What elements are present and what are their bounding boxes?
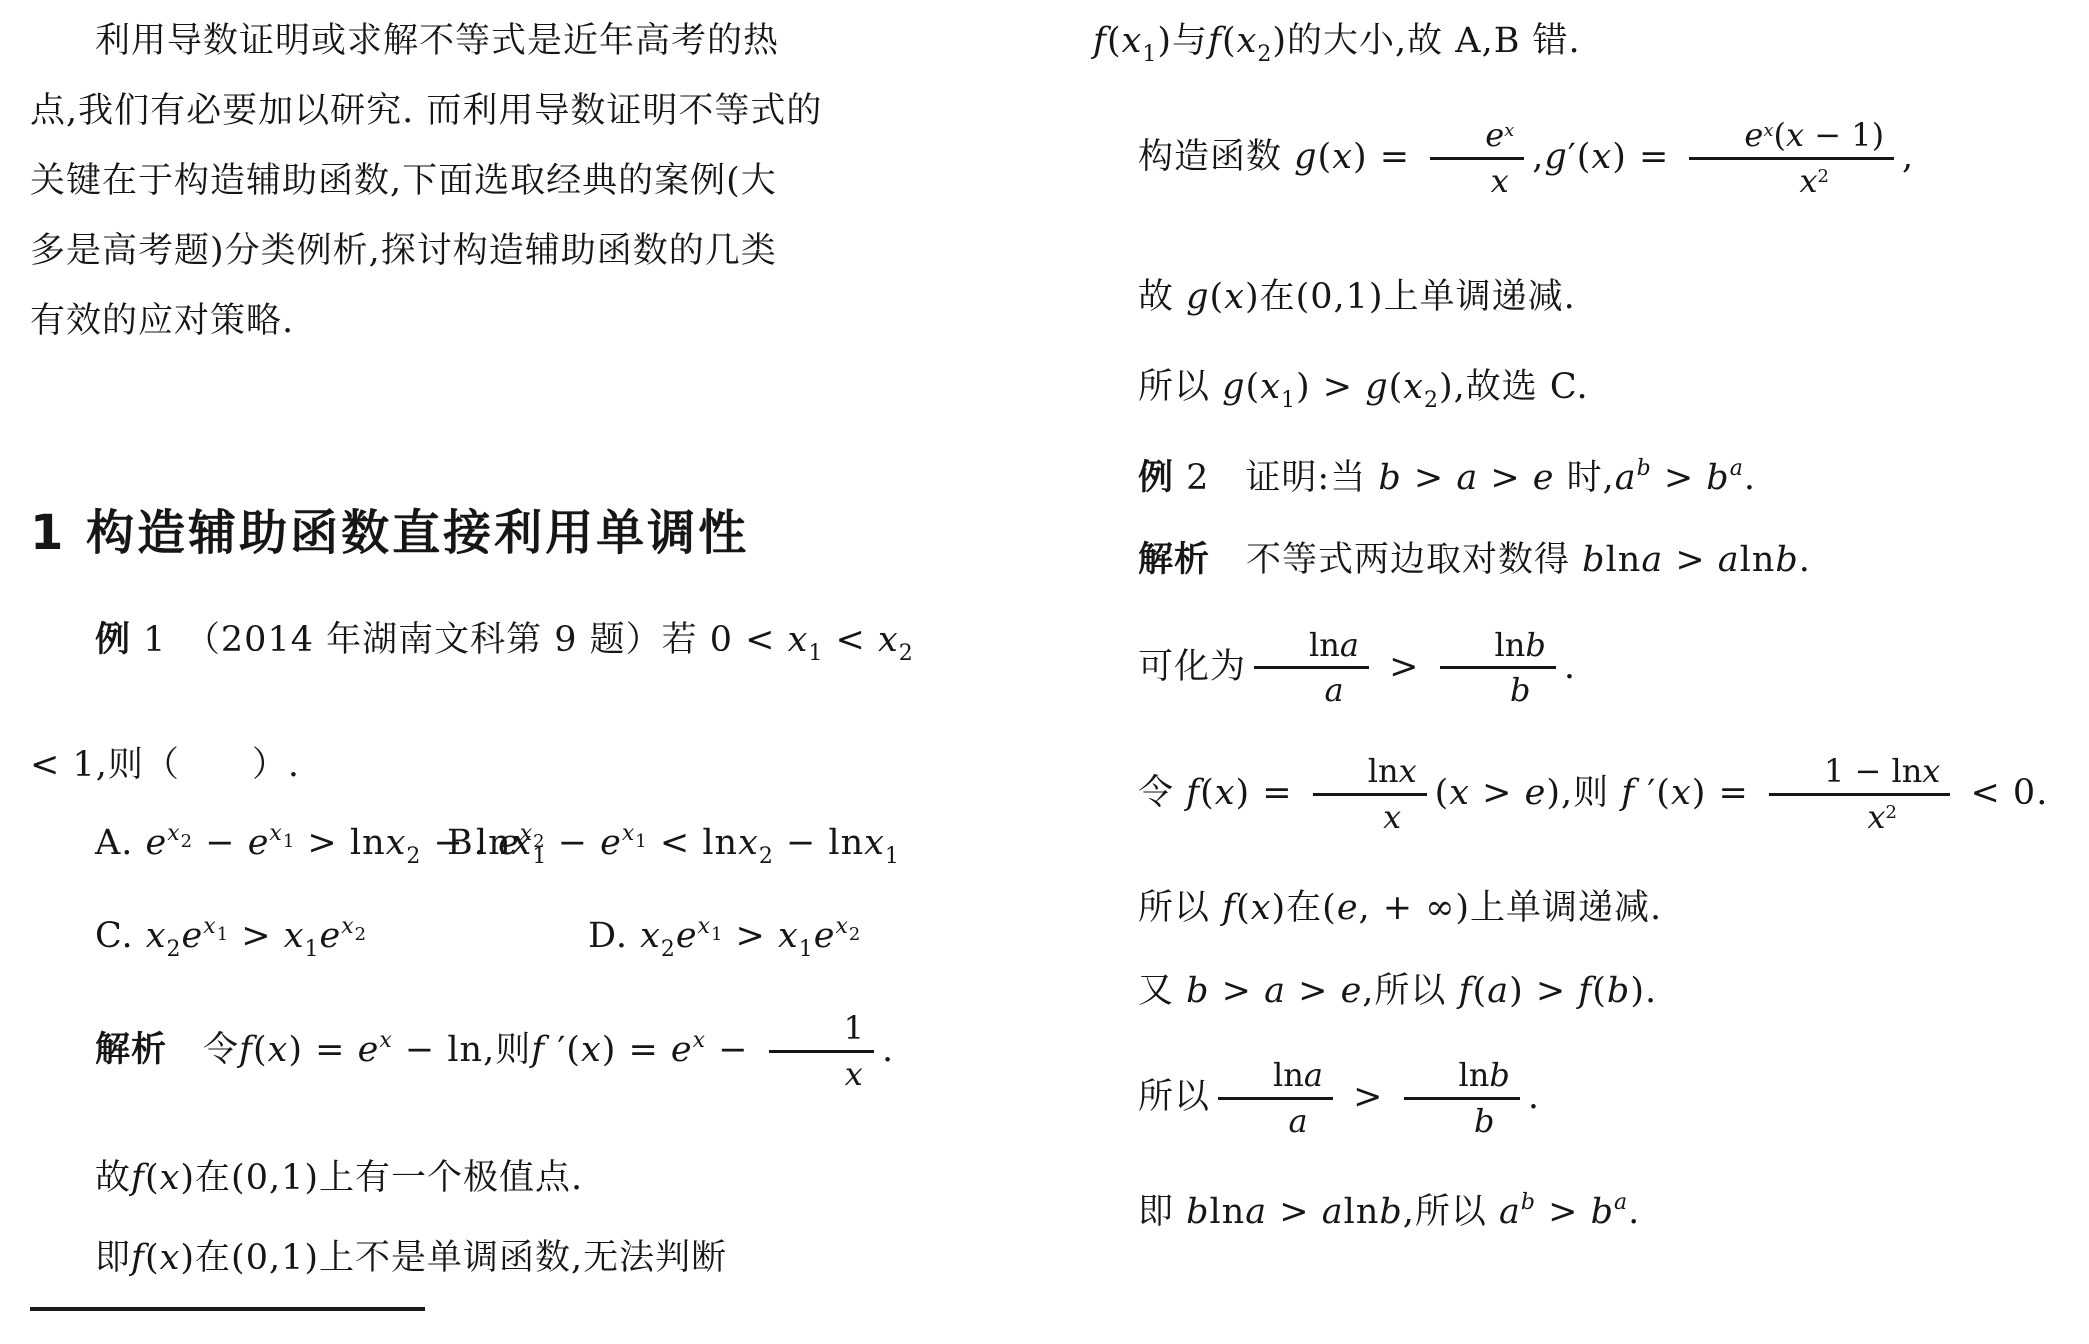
intro-line-1: 利用导数证明或求解不等式是近年高考的热	[30, 6, 990, 76]
example2-lna-compare-2: 所以lnaa > lnbb.	[1093, 1055, 2089, 1142]
intro-line-5: 有效的应对策略.	[30, 286, 990, 356]
example2-fa-fb: 又 b > a > e,所以 f(a) > f(b).	[1093, 956, 2089, 1026]
example1-g-monotonic: 故 g(x)在(0,1)上单调递减.	[1093, 262, 2089, 332]
document-page: 利用导数证明或求解不等式是近年高考的热点,我们有必要加以研究. 而利用导数证明不…	[0, 0, 2089, 1344]
right-column: f(x1)与f(x2)的大小,故 A,B 错.构造函数 g(x) = exx,g…	[1093, 0, 2089, 1247]
example1-stem-line2: < 1,则（ ）.	[30, 730, 990, 800]
example2-solution-line1: 解析 不等式两边取对数得 blna > alnb.	[1093, 525, 2089, 595]
option-b: B. ex2 − ex1 < lnx2 − lnx1	[447, 808, 900, 878]
intro-line-2: 点,我们有必要加以研究. 而利用导数证明不等式的	[30, 76, 990, 146]
footnote-rule	[30, 1307, 425, 1311]
example2-f-definition: 令 f(x) = lnxx(x > e),则 f ′(x) = 1 − lnxx…	[1093, 751, 2089, 838]
example2-stem: 例 2 证明:当 b > a > e 时,ab > ba.	[1093, 443, 2089, 513]
example1-g-compare: 所以 g(x1) > g(x2),故选 C.	[1093, 352, 2089, 422]
example1-g-definition: 构造函数 g(x) = exx,g′(x) = ex(x − 1)x2,	[1093, 115, 2089, 202]
example1-solution-line3: 即f(x)在(0,1)上不是单调函数,无法判断	[30, 1223, 990, 1293]
options-row-cd: C. x2ex1 > x1ex2D. x2ex1 > x1ex2	[30, 901, 990, 971]
option-d: D. x2ex1 > x1ex2	[588, 901, 861, 971]
example1-stem-line1: 例 1 （2014 年湖南文科第 9 题）若 0 < x1 < x2	[30, 605, 990, 675]
option-a: A. ex2 − ex1 > lnx2 − lnx1	[95, 808, 447, 878]
option-c: C. x2ex1 > x1ex2	[95, 901, 588, 971]
intro-line-3: 关键在于构造辅助函数,下面选取经典的案例(大	[30, 146, 990, 216]
example1-solution-line2: 故f(x)在(0,1)上有一个极值点.	[30, 1143, 990, 1213]
example2-lna-compare: 可化为lnaa > lnbb.	[1093, 625, 2089, 712]
example2-f-monotonic: 所以 f(x)在(e, + ∞)上单调递减.	[1093, 873, 2089, 943]
section-heading: 1 构造辅助函数直接利用单调性	[30, 497, 990, 569]
options-row-ab: A. ex2 − ex1 > lnx2 − lnx1B. ex2 − ex1 <…	[30, 808, 990, 878]
example2-conclusion: 即 blna > alnb,所以 ab > ba.	[1093, 1177, 2089, 1247]
col2-cont-line: f(x1)与f(x2)的大小,故 A,B 错.	[1093, 6, 2089, 76]
left-column: 利用导数证明或求解不等式是近年高考的热点,我们有必要加以研究. 而利用导数证明不…	[30, 0, 990, 1311]
intro-line-4: 多是高考题)分类例析,探讨构造辅助函数的几类	[30, 216, 990, 286]
example1-solution-line1: 解析 令f(x) = ex − ln,则f ′(x) = ex − 1x.	[30, 1008, 990, 1095]
